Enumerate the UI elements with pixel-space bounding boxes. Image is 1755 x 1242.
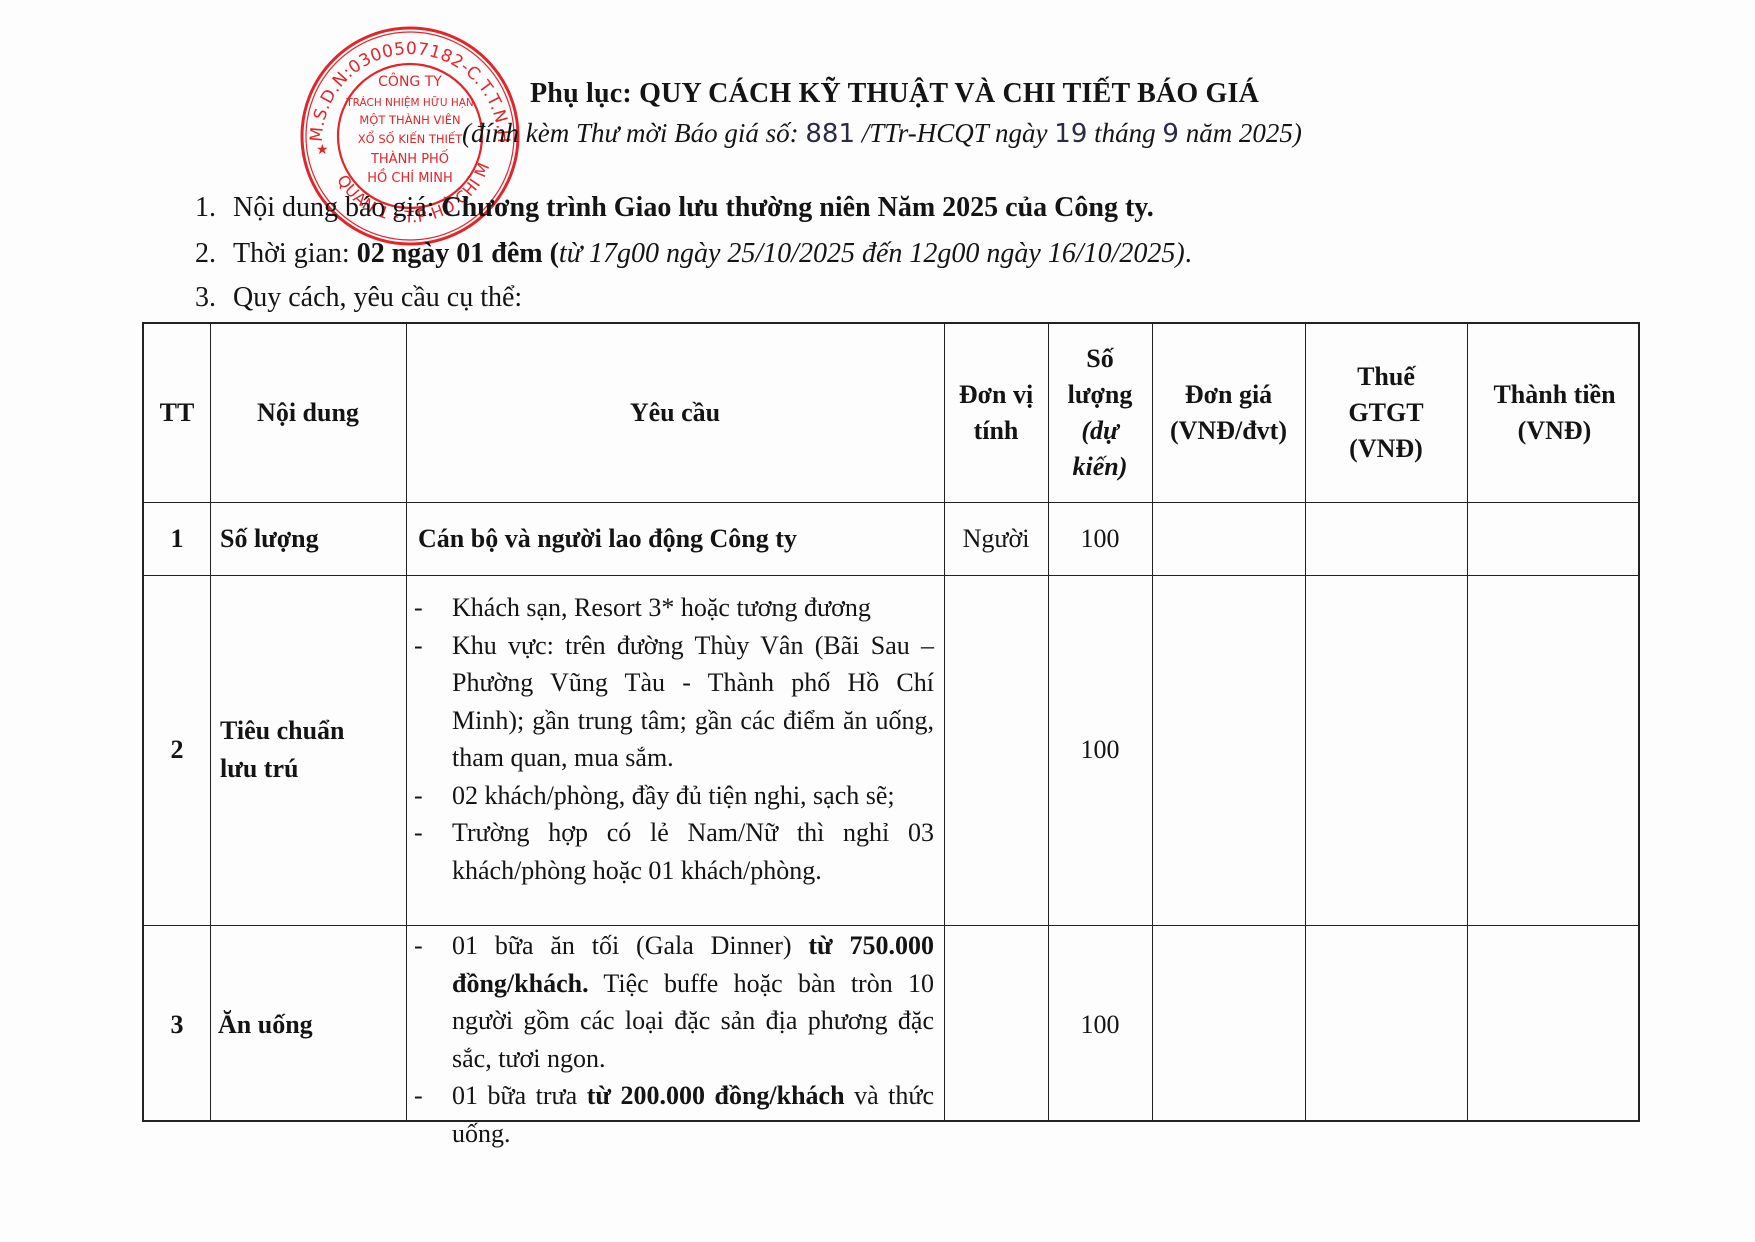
requirement-item: -01 bữa ăn tối (Gala Dinner) từ 750.000 … <box>414 927 934 1077</box>
header-thue-gtgt: ThuếGTGT(VNĐ) <box>1305 324 1467 502</box>
requirement-item: -02 khách/phòng, đầy đủ tiện nghi, sạch … <box>414 777 934 815</box>
document-subtitle: (đính kèm Thư mời Báo giá số: 881 /TTr-H… <box>462 118 1302 149</box>
table-row-1-tt: 1 <box>144 502 210 575</box>
item-content: 1.Nội dung báo giá: Chương trình Giao lư… <box>195 192 1154 224</box>
table-row-2-noi-dung: Tiêu chuẩnlưu trú <box>210 575 406 925</box>
requirement-item: -Khách sạn, Resort 3* hoặc tương đương <box>414 589 934 627</box>
header-don-gia: Đơn giá(VNĐ/đvt) <box>1152 324 1305 502</box>
handwritten-month: 9 <box>1162 119 1179 149</box>
header-yeu-cau: Yêu cầu <box>406 324 944 502</box>
item-spec: 3.Quy cách, yêu cầu cụ thể: <box>195 282 522 314</box>
table-row-3-noi-dung: Ăn uống <box>210 925 406 1124</box>
star-icon: ★ <box>316 142 329 158</box>
table-row-1-noi-dung: Số lượng <box>210 502 406 575</box>
table-row-1-don-vi: Người <box>944 502 1048 575</box>
requirement-item: -Khu vực: trên đường Thùy Vân (Bãi Sau –… <box>414 627 934 777</box>
item-time: 2.Thời gian: 02 ngày 01 đêm (từ 17g00 ng… <box>195 238 1192 270</box>
stamp-line: MỘT THÀNH VIÊN <box>359 112 460 127</box>
handwritten-number: 881 <box>805 119 855 149</box>
table-row-3-tt: 3 <box>144 925 210 1124</box>
requirement-item: -Trường hợp có lẻ Nam/Nữ thì nghỉ 03 khá… <box>414 814 934 889</box>
stamp-line: TRÁCH NHIỆM HỮU HẠN <box>345 96 474 109</box>
table-row-1-so-luong: 100 <box>1048 502 1152 575</box>
table-row-3-so-luong: 100 <box>1048 925 1152 1124</box>
stamp-line: HỒ CHÍ MINH <box>367 169 453 186</box>
header-so-luong: Sốlượng(dựkiến) <box>1048 324 1152 502</box>
document-title: Phụ lục: QUY CÁCH KỸ THUẬT VÀ CHI TIẾT B… <box>530 78 1259 110</box>
stamp-line: CÔNG TY <box>378 72 442 90</box>
header-thanh-tien: Thành tiền(VNĐ) <box>1467 324 1642 502</box>
table-row-1-yeu-cau: Cán bộ và người lao động Công ty <box>406 502 944 575</box>
handwritten-day: 19 <box>1054 119 1087 149</box>
table-row-3-yeu-cau: -01 bữa ăn tối (Gala Dinner) từ 750.000 … <box>406 925 944 1124</box>
header-noi-dung: Nội dung <box>210 324 406 502</box>
quote-table: TT Nội dung Yêu cầu Đơn vịtính Sốlượng(d… <box>142 322 1640 1122</box>
table-row-2-tt: 2 <box>144 575 210 925</box>
stamp-line: THÀNH PHỐ <box>370 150 449 167</box>
header-don-vi: Đơn vịtính <box>944 324 1048 502</box>
requirement-item: -01 bữa trưa từ 200.000 đồng/khách và th… <box>414 1077 934 1152</box>
stamp-line: XỔ SỐ KIẾN THIẾT <box>358 130 463 146</box>
table-row-2-so-luong: 100 <box>1048 575 1152 925</box>
table-row-2-yeu-cau: -Khách sạn, Resort 3* hoặc tương đương -… <box>406 575 944 925</box>
header-tt: TT <box>144 324 210 502</box>
